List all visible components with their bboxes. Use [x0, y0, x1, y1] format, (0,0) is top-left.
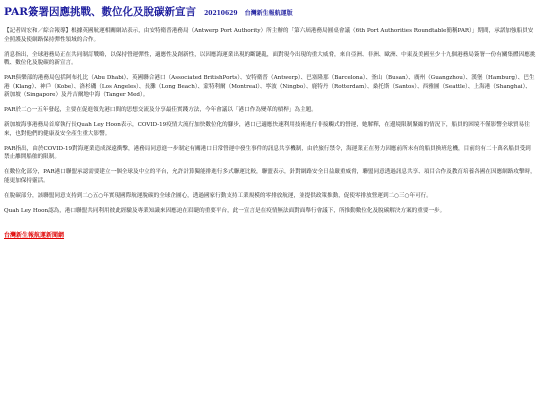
article-source: 台灣新生報航運版	[245, 10, 293, 17]
article-paragraph: Quah Ley Hoon認為，港口聯盟共同利用彼此經驗及專業知識來因應迫在眉睫…	[4, 207, 536, 216]
source-news-link[interactable]: 台灣新生報航運新聞網	[4, 230, 64, 239]
article-page: PAR簽署因應挑戰、數位化及脫碳新宣言 20210629 台灣新生報航運版 【記…	[0, 0, 540, 241]
article-paragraph: 在脫碳部分，該聯盟同意支持到二○五○年實現國際航運脫碳的全球企圖心，透過國家行動…	[4, 192, 536, 201]
article-paragraph: 新加坡海事港務局首席執行長Quah Ley Hoon表示，COVID-19疫情大…	[4, 121, 536, 138]
article-paragraph: 【記者周宏和／綜合報導】根據英國航運相關網站表示，由安特衛普港務局（Antwer…	[4, 27, 536, 44]
article-header: PAR簽署因應挑戰、數位化及脫碳新宣言 20210629 台灣新生報航運版	[4, 3, 536, 21]
article-paragraph: PAR於二○一五年發起，主要在促進領先港口間的思想交流及分享最佳實踐方法，今年會…	[4, 106, 536, 115]
article-title: PAR簽署因應挑戰、數位化及脫碳新宣言	[4, 6, 196, 18]
article-paragraph: 在數位化部分，PAR港口聯盟承認需要建立一個全球及中立的平台，允許計算獨能排進行…	[4, 168, 536, 185]
article-paragraph: 消息指出，全球港務局正在共同制訂戰略，以保持營運彈性，適應性及創新性，以因應海運…	[4, 51, 536, 68]
article-date: 20210629	[204, 10, 237, 17]
article-paragraph: PAR俱樂部的港務局包括阿布扎比（Abu Dhabi）、英國聯合港口（Assoc…	[4, 74, 536, 100]
article-paragraph: PAR指出，由於COVID-19對海運業造成深遠衝擊，港務局同意進一步制定有關港…	[4, 145, 536, 162]
